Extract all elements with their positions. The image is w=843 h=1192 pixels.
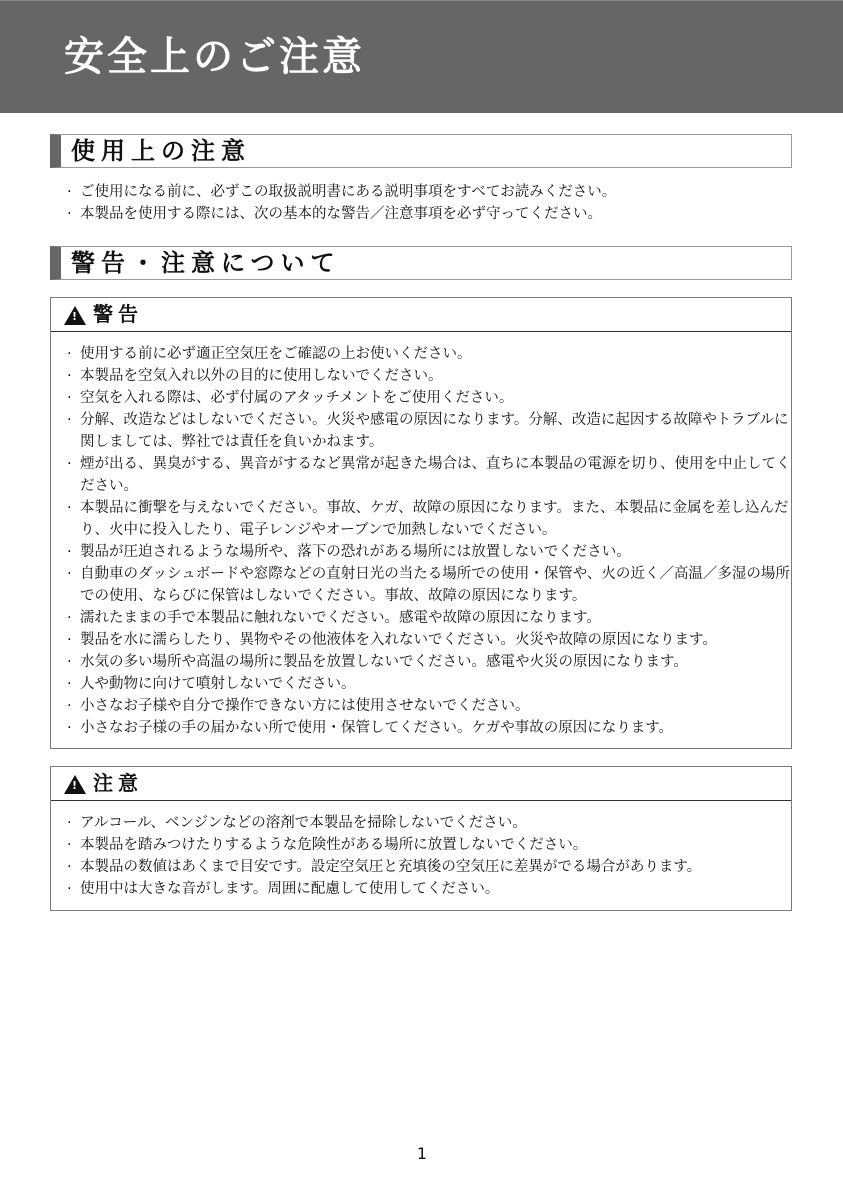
page-title: 安全上のご注意 [64, 31, 365, 83]
list-item: 水気の多い場所や高温の場所に製品を放置しないでください。感電や火災の原因になりま… [66, 651, 791, 673]
list-item: 小さなお子様の手の届かない所で使用・保管してください。ケガや事故の原因になります… [66, 717, 791, 739]
list-item: 本製品に衝撃を与えないでください。事故、ケガ、故障の原因になります。また、本製品… [66, 497, 791, 541]
list-item: 本製品を使用する際には、次の基本的な警告／注意事項を必ず守ってください。 [66, 203, 616, 225]
list-item: 本製品を空気入れ以外の目的に使用しないでください。 [66, 365, 791, 387]
warning-triangle-icon [64, 775, 86, 794]
list-item: 小さなお子様や自分で操作できない方には使用させないでください。 [66, 695, 791, 717]
list-item: 本製品を踏みつけたりするような危険性がある場所に放置しないでください。 [66, 834, 791, 856]
caution-title-row: 注意 [51, 767, 791, 801]
section-title: 警告・注意について [71, 248, 341, 278]
list-item: 製品を水に濡らしたり、異物やその他液体を入れないでください。火災や故障の原因にな… [66, 629, 791, 651]
section-title: 使用上の注意 [71, 136, 251, 166]
section-header-warnings-cautions: 警告・注意について [50, 246, 792, 280]
list-item: 本製品の数値はあくまで目安です。設定空気圧と充填後の空気圧に差異がでる場合があり… [66, 856, 791, 878]
list-item: 煙が出る、異臭がする、異音がするなど異常が起きた場合は、直ちに本製品の電源を切り… [66, 453, 791, 497]
list-item: ご使用になる前に、必ずこの取扱説明書にある説明事項をすべてお読みください。 [66, 181, 616, 203]
list-item: 使用する前に必ず適正空気圧をご確認の上お使いください。 [66, 343, 791, 365]
list-item: 自動車のダッシュボードや窓際などの直射日光の当たる場所での使用・保管や、火の近く… [66, 563, 791, 607]
list-item: 空気を入れる際は、必ず付属のアタッチメントをご使用ください。 [66, 387, 791, 409]
page-number: 1 [415, 1143, 429, 1165]
section-header-usage-notes: 使用上の注意 [50, 134, 792, 168]
caution-title: 注意 [93, 770, 143, 796]
caution-body: アルコール、ベンジンなどの溶剤で本製品を掃除しないでください。 本製品を踏みつけ… [51, 801, 791, 910]
warning-box: 警告 使用する前に必ず適正空気圧をご確認の上お使いください。 本製品を空気入れ以… [50, 297, 792, 749]
page-header-band: 安全上のご注意 [0, 0, 843, 113]
warning-body: 使用する前に必ず適正空気圧をご確認の上お使いください。 本製品を空気入れ以外の目… [51, 332, 791, 749]
usage-notes-list: ご使用になる前に、必ずこの取扱説明書にある説明事項をすべてお読みください。 本製… [66, 181, 616, 225]
list-item: 製品が圧迫されるような場所や、落下の恐れがある場所には放置しないでください。 [66, 541, 791, 563]
warning-triangle-icon [64, 306, 86, 325]
caution-box: 注意 アルコール、ベンジンなどの溶剤で本製品を掃除しないでください。 本製品を踏… [50, 766, 792, 911]
list-item: 使用中は大きな音がします。周囲に配慮して使用してください。 [66, 878, 791, 900]
warning-title-row: 警告 [51, 298, 791, 332]
warning-title: 警告 [93, 301, 143, 327]
warning-list: 使用する前に必ず適正空気圧をご確認の上お使いください。 本製品を空気入れ以外の目… [66, 343, 791, 739]
list-item: 人や動物に向けて噴射しないでください。 [66, 673, 791, 695]
caution-list: アルコール、ベンジンなどの溶剤で本製品を掃除しないでください。 本製品を踏みつけ… [66, 812, 791, 900]
list-item: 分解、改造などはしないでください。火災や感電の原因になります。分解、改造に起因す… [66, 409, 791, 453]
list-item: アルコール、ベンジンなどの溶剤で本製品を掃除しないでください。 [66, 812, 791, 834]
list-item: 濡れたままの手で本製品に触れないでください。感電や故障の原因になります。 [66, 607, 791, 629]
